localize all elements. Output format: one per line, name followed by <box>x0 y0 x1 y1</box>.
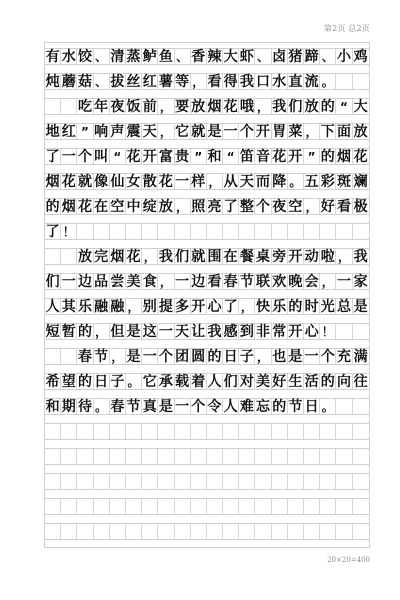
grid-cell: 一 <box>61 274 77 289</box>
grid-cell: ， <box>94 324 110 339</box>
grid-cell <box>126 499 142 514</box>
grid-cell <box>191 224 207 239</box>
grid-cell: 它 <box>142 374 158 389</box>
grid-cell <box>207 474 223 489</box>
grid-row <box>45 448 369 465</box>
grid-cell <box>191 449 207 464</box>
grid-cell: 小 <box>336 49 352 64</box>
grid-cell: 一 <box>175 174 191 189</box>
grid-cell <box>61 449 77 464</box>
grid-cell: 鸡 <box>353 49 369 64</box>
grid-cell: 这 <box>142 324 158 339</box>
grid-cell: 时 <box>304 299 320 314</box>
grid-cell: 吃 <box>77 99 93 114</box>
grid-cell: 。 <box>288 174 304 189</box>
grid-cell: 会 <box>304 274 320 289</box>
grid-cell: 花 <box>158 174 174 189</box>
grid-cell: 而 <box>255 174 271 189</box>
grid-cell: 感 <box>223 324 239 339</box>
grid-cell: 天 <box>142 124 158 139</box>
grid-cell: 融 <box>94 299 110 314</box>
grid-cell <box>45 524 61 539</box>
grid-cell: 花 <box>223 99 239 114</box>
grid-cell: 富 <box>158 149 174 164</box>
grid-cell <box>61 349 77 364</box>
grid-cell: 放 <box>77 249 93 264</box>
grid-cell: ， <box>239 299 255 314</box>
grid-cell <box>288 524 304 539</box>
grid-cell: “ <box>336 99 352 114</box>
grid-cell <box>45 249 61 264</box>
grid-cell: 好 <box>320 199 336 214</box>
grid-cell: 令 <box>207 399 223 414</box>
grid-cell: ， <box>255 349 271 364</box>
grid-cell: 有 <box>45 49 61 64</box>
grid-cell: 菇 <box>77 74 93 89</box>
grid-cell <box>158 224 174 239</box>
grid-cell <box>353 324 369 339</box>
grid-row: 春节，是一个团圆的日子，也是一个充满 <box>45 348 369 365</box>
grid-cell: 满 <box>353 349 369 364</box>
grid-cell: ” <box>191 149 207 164</box>
grid-cell <box>207 449 223 464</box>
grid-cell <box>94 524 110 539</box>
grid-cell <box>336 324 352 339</box>
grid-cell: 烟 <box>207 99 223 114</box>
grid-cell: 就 <box>191 124 207 139</box>
grid-cell <box>239 224 255 239</box>
grid-cell: 子 <box>110 374 126 389</box>
grid-cell: 花 <box>61 174 77 189</box>
grid-cell: 薯 <box>158 74 174 89</box>
grid-cell: 旁 <box>272 249 288 264</box>
grid-cell: 和 <box>207 149 223 164</box>
grid-cell: 别 <box>142 299 158 314</box>
grid-cell <box>288 224 304 239</box>
grid-cell <box>110 224 126 239</box>
grid-cell: 照 <box>191 199 207 214</box>
grid-cell <box>239 499 255 514</box>
grid-cell: 香 <box>191 49 207 64</box>
grid-cell: 的 <box>272 399 288 414</box>
grid-cell: 开 <box>191 299 207 314</box>
grid-cell: 开 <box>255 124 271 139</box>
grid-cell: 。 <box>320 74 336 89</box>
grid-cell: 的 <box>45 199 61 214</box>
grid-cell <box>336 424 352 439</box>
grid-cell: 待 <box>77 399 93 414</box>
grid-cell: 亮 <box>207 199 223 214</box>
grid-cell: 一 <box>223 124 239 139</box>
grid-cell: 了 <box>45 224 61 239</box>
grid-cell: ， <box>110 349 126 364</box>
grid-cell: 天 <box>175 324 191 339</box>
grid-cell <box>126 424 142 439</box>
grid-cell: 整 <box>239 199 255 214</box>
grid-cell: 等 <box>175 74 191 89</box>
grid-cell: 到 <box>239 324 255 339</box>
grid-cell: ” <box>304 149 320 164</box>
grid-cell: 短 <box>45 324 61 339</box>
grid-cell <box>142 524 158 539</box>
grid-row: 人其乐融融，别提多开心了，快乐的时光总是 <box>45 298 369 315</box>
grid-cell: ， <box>336 249 352 264</box>
grid-cell <box>207 524 223 539</box>
grid-cell: 面 <box>336 124 352 139</box>
grid-cell: 人 <box>207 374 223 389</box>
grid-cell: 。 <box>320 399 336 414</box>
grid-cell: 一 <box>142 349 158 364</box>
grid-cell: 口 <box>255 74 271 89</box>
grid-cell: 是 <box>126 324 142 339</box>
grid-row: 短暂的，但是这一天让我感到非常开心！ <box>45 323 369 340</box>
grid-cell <box>255 474 271 489</box>
grid-cell <box>353 399 369 414</box>
grid-row: 炖蘑菇、拔丝红薯等，看得我口水直流。 <box>45 73 369 90</box>
composition-grid-paper: 有水饺、清蒸鲈鱼、香辣大虾、卤猪蹄、小鸡炖蘑菇、拔丝红薯等，看得我口水直流。吃年… <box>44 42 370 548</box>
grid-cell: 是 <box>126 349 142 364</box>
grid-cell <box>223 449 239 464</box>
grid-cell: ， <box>158 274 174 289</box>
grid-cell <box>191 474 207 489</box>
grid-cell: 一 <box>304 349 320 364</box>
grid-cell: 着 <box>191 374 207 389</box>
grid-cell: 直 <box>288 74 304 89</box>
grid-cell: 期 <box>61 399 77 414</box>
grid-cell: 猪 <box>288 49 304 64</box>
grid-cell <box>272 524 288 539</box>
grid-cell <box>158 499 174 514</box>
grid-cell <box>288 499 304 514</box>
grid-cell: 花 <box>126 249 142 264</box>
grid-cell <box>320 474 336 489</box>
grid-cell: ， <box>158 124 174 139</box>
grid-cell: 动 <box>304 249 320 264</box>
grid-cell <box>110 474 126 489</box>
grid-cell <box>45 449 61 464</box>
grid-cell: 降 <box>272 174 288 189</box>
grid-cell: 样 <box>191 174 207 189</box>
grid-cell: 子 <box>239 349 255 364</box>
grid-cell: 一 <box>158 324 174 339</box>
grid-cell: 清 <box>110 49 126 64</box>
grid-cell <box>142 499 158 514</box>
grid-cell: 红 <box>142 74 158 89</box>
grid-cell: 水 <box>61 49 77 64</box>
grid-cell: 响 <box>94 124 110 139</box>
grid-cell: 就 <box>191 249 207 264</box>
grid-cell <box>288 449 304 464</box>
grid-cell <box>353 474 369 489</box>
grid-row <box>45 523 369 540</box>
grid-cell: 仙 <box>110 174 126 189</box>
grid-cell <box>272 224 288 239</box>
grid-cell: 围 <box>207 249 223 264</box>
grid-cell: 完 <box>94 249 110 264</box>
grid-cell: 了 <box>45 149 61 164</box>
grid-cell: 了 <box>223 299 239 314</box>
grid-cell <box>207 224 223 239</box>
grid-cell: 从 <box>223 174 239 189</box>
grid-cell: 斓 <box>353 174 369 189</box>
grid-cell: 烟 <box>45 174 61 189</box>
grid-cell: 下 <box>320 124 336 139</box>
grid-cell: 流 <box>304 74 320 89</box>
grid-cell: “ <box>223 149 239 164</box>
grid-cell: 我 <box>239 74 255 89</box>
grid-cell: 我 <box>353 249 369 264</box>
grid-cell: 花 <box>353 149 369 164</box>
grid-cell: 拔 <box>110 74 126 89</box>
grid-cell <box>255 499 271 514</box>
grid-cell: 夜 <box>110 99 126 114</box>
grid-cell: 天 <box>239 174 255 189</box>
grid-cell: 花 <box>272 149 288 164</box>
grid-cell <box>142 449 158 464</box>
grid-cell: 是 <box>288 349 304 364</box>
grid-cell <box>77 449 93 464</box>
grid-cell: ！ <box>320 324 336 339</box>
grid-cell <box>304 499 320 514</box>
grid-row <box>45 473 369 490</box>
grid-cell: 提 <box>158 299 174 314</box>
grid-cell: 看 <box>207 274 223 289</box>
grid-cell <box>255 424 271 439</box>
grid-cell: 食 <box>142 274 158 289</box>
grid-cell: 我 <box>158 249 174 264</box>
grid-cell <box>239 524 255 539</box>
grid-cell: 暂 <box>61 324 77 339</box>
grid-cell: 边 <box>191 274 207 289</box>
grid-row: 和期待。春节真是一个令人难忘的节日。 <box>45 398 369 415</box>
grid-cell: 。 <box>126 374 142 389</box>
grid-cell: 在 <box>223 249 239 264</box>
grid-cell: 我 <box>207 324 223 339</box>
grid-cell <box>142 224 158 239</box>
grid-cell <box>45 474 61 489</box>
grid-cell: 炖 <box>45 74 61 89</box>
grid-cell <box>207 424 223 439</box>
grid-cell: ， <box>320 274 336 289</box>
grid-cell <box>336 449 352 464</box>
grid-cell: 的 <box>207 349 223 364</box>
grid-cell: 是 <box>207 124 223 139</box>
grid-cell: 开 <box>142 149 158 164</box>
grid-cell <box>158 449 174 464</box>
grid-cell: 、 <box>175 49 191 64</box>
grid-cell: 一 <box>336 274 352 289</box>
grid-cell: ， <box>304 199 320 214</box>
grid-cell: 烟 <box>110 249 126 264</box>
grid-cell <box>320 424 336 439</box>
grid-cell <box>77 499 93 514</box>
grid-cell: 个 <box>239 124 255 139</box>
grid-cell <box>45 349 61 364</box>
grid-cell: 们 <box>175 249 191 264</box>
grid-cell: 红 <box>61 124 77 139</box>
grid-cell <box>175 224 191 239</box>
grid-cell: ， <box>175 199 191 214</box>
grid-cell: 地 <box>45 124 61 139</box>
grid-cell: 得 <box>223 74 239 89</box>
grid-cell: 往 <box>353 374 369 389</box>
grid-cell <box>223 224 239 239</box>
grid-cell: 个 <box>255 199 271 214</box>
grid-row: 了一个叫“花开富贵”和“笛音花开”的烟花 <box>45 148 369 165</box>
grid-cell: 常 <box>272 324 288 339</box>
grid-cell: 忘 <box>255 399 271 414</box>
grid-cell: 春 <box>110 399 126 414</box>
grid-cell <box>45 499 61 514</box>
grid-cell <box>61 499 77 514</box>
grid-cell <box>158 524 174 539</box>
grid-cell: 是 <box>353 299 369 314</box>
grid-cell: ， <box>207 174 223 189</box>
grid-cell <box>304 474 320 489</box>
grid-cell: 的 <box>77 324 93 339</box>
grid-cell <box>272 499 288 514</box>
grid-cell: 花 <box>126 149 142 164</box>
grid-cell: 一 <box>175 399 191 414</box>
grid-cell: 卤 <box>272 49 288 64</box>
grid-cell: 菜 <box>288 124 304 139</box>
grid-cell: 乐 <box>77 299 93 314</box>
grid-cell <box>353 449 369 464</box>
grid-cell: ， <box>158 99 174 114</box>
grid-cell: 鱼 <box>158 49 174 64</box>
grid-cell: 们 <box>45 274 61 289</box>
grid-cell: 品 <box>94 274 110 289</box>
grid-cell: 个 <box>191 399 207 414</box>
grid-cell <box>61 99 77 114</box>
grid-cell <box>255 449 271 464</box>
grid-cell: 真 <box>142 399 158 414</box>
grid-cell: 多 <box>175 299 191 314</box>
grid-row <box>45 498 369 515</box>
grid-cell: 边 <box>77 274 93 289</box>
grid-row: 了！ <box>45 223 369 240</box>
grid-cell <box>45 424 61 439</box>
grid-cell: 虾 <box>239 49 255 64</box>
grid-cell: 非 <box>255 324 271 339</box>
grid-cell: ， <box>255 99 271 114</box>
grid-cell: 好 <box>272 374 288 389</box>
grid-cell: 。 <box>94 399 110 414</box>
grid-cell: 绽 <box>142 199 158 214</box>
grid-cell: 蹄 <box>304 49 320 64</box>
grid-cell <box>320 449 336 464</box>
grid-cell <box>207 499 223 514</box>
grid-cell <box>320 224 336 239</box>
grid-cell: 花 <box>77 199 93 214</box>
grid-cell: 承 <box>158 374 174 389</box>
grid-cell: 中 <box>126 199 142 214</box>
grid-cell: 融 <box>110 299 126 314</box>
grid-cell <box>191 424 207 439</box>
grid-cell <box>353 74 369 89</box>
grid-cell: 声 <box>110 124 126 139</box>
grid-row: 放完烟花，我们就围在餐桌旁开动啦，我 <box>45 248 369 265</box>
grid-cell <box>175 524 191 539</box>
grid-cell <box>223 424 239 439</box>
grid-cell <box>336 524 352 539</box>
grid-cell <box>320 499 336 514</box>
grid-row: 地红”响声震天，它就是一个开胃菜，下面放 <box>45 123 369 140</box>
grid-cell <box>353 224 369 239</box>
grid-cell: 烟 <box>336 149 352 164</box>
grid-cell <box>61 424 77 439</box>
grid-cell: 看 <box>336 199 352 214</box>
grid-cell: 桌 <box>255 249 271 264</box>
grid-cell <box>223 474 239 489</box>
page-indicator: 第2页 总2页 <box>300 23 370 34</box>
grid-cell <box>110 449 126 464</box>
grid-cell: 一 <box>175 274 191 289</box>
grid-cell: 美 <box>126 274 142 289</box>
grid-cell: 个 <box>158 349 174 364</box>
grid-cell <box>158 474 174 489</box>
grid-cell <box>223 499 239 514</box>
grid-cell: 放 <box>158 199 174 214</box>
grid-cell: 笛 <box>239 149 255 164</box>
grid-cell: 们 <box>223 374 239 389</box>
grid-cell: 胃 <box>272 124 288 139</box>
grid-cell <box>110 424 126 439</box>
grid-row: 烟花就像仙女散花一样，从天而降。五彩斑斓 <box>45 173 369 190</box>
grid-cell <box>77 224 93 239</box>
grid-cell: 日 <box>94 374 110 389</box>
grid-cell <box>272 424 288 439</box>
grid-cell <box>304 524 320 539</box>
grid-cell <box>126 224 142 239</box>
grid-cell: 餐 <box>239 249 255 264</box>
grid-cell: 难 <box>239 399 255 414</box>
grid-cell <box>336 399 352 414</box>
grid-cell: 年 <box>94 99 110 114</box>
grid-cell: 一 <box>61 149 77 164</box>
grid-cell: 开 <box>288 149 304 164</box>
grid-cell: 载 <box>175 374 191 389</box>
grid-cell <box>142 474 158 489</box>
grid-cell: 看 <box>207 74 223 89</box>
grid-cell: 斑 <box>336 174 352 189</box>
grid-count-label: 20×20=400 <box>320 556 370 564</box>
grid-cell: 要 <box>175 99 191 114</box>
grid-cell <box>353 424 369 439</box>
grid-cell: 节 <box>288 399 304 414</box>
grid-cell: ， <box>142 249 158 264</box>
grid-cell: 光 <box>320 299 336 314</box>
grid-cell <box>336 499 352 514</box>
grid-cell: 我 <box>272 99 288 114</box>
grid-cell <box>353 524 369 539</box>
grid-cell: 希 <box>45 374 61 389</box>
grid-cell <box>45 99 61 114</box>
grid-cell <box>223 524 239 539</box>
grid-cell: 个 <box>320 349 336 364</box>
grid-cell <box>126 524 142 539</box>
grid-cell: 尝 <box>110 274 126 289</box>
grid-cell <box>304 224 320 239</box>
grid-cell: 是 <box>158 399 174 414</box>
grid-cell: 望 <box>61 374 77 389</box>
grid-cell: “ <box>110 149 126 164</box>
grid-cell <box>94 424 110 439</box>
grid-cell: 辣 <box>207 49 223 64</box>
grid-cell <box>288 424 304 439</box>
grid-cell <box>142 424 158 439</box>
grid-cell <box>191 524 207 539</box>
